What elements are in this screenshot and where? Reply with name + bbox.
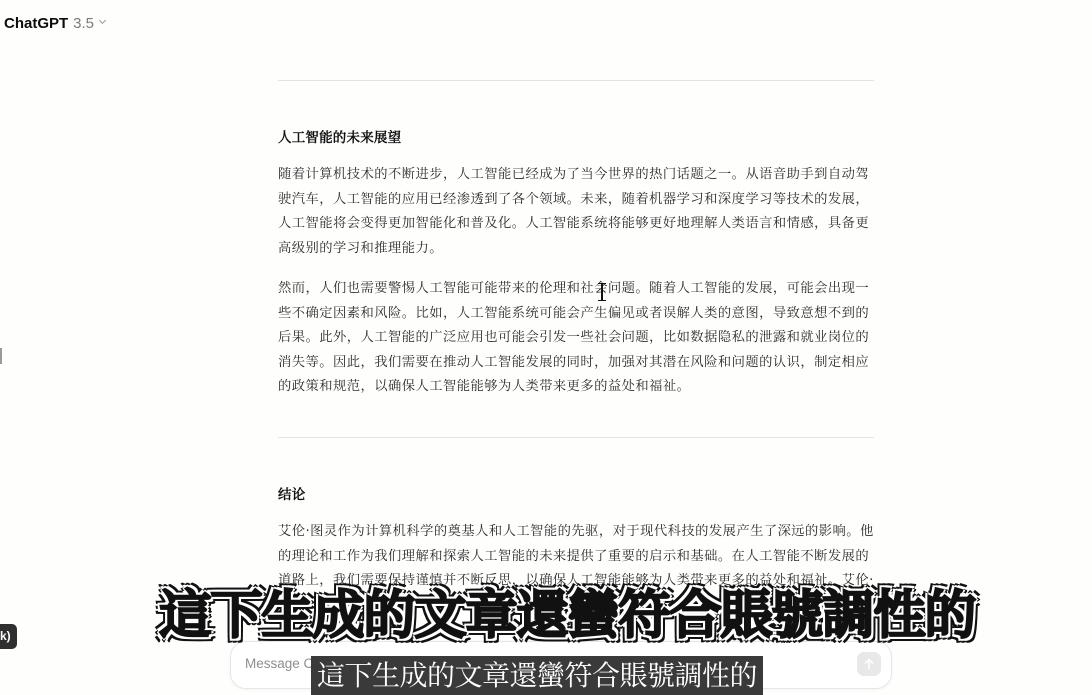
section-divider: [278, 80, 874, 81]
model-version: 3.5: [73, 15, 94, 32]
paragraph: 然而，人们也需要警惕人工智能可能带来的伦理和社会问题。随着人工智能的发展，可能会…: [278, 277, 874, 400]
top-bar: ChatGPT 3.5: [0, 0, 1092, 50]
model-selector[interactable]: ChatGPT 3.5: [4, 15, 107, 32]
section-heading: 结论: [278, 483, 305, 503]
video-subtitle-caption: 這下生成的文章還蠻符合賬號調性的: [311, 656, 763, 695]
chevron-down-icon: [99, 18, 107, 26]
section-heading: 人工智能的未来展望: [278, 126, 401, 146]
paragraph: 随着计算机技术的不断进步，人工智能已经成为了当今世界的热门话题之一。从语音助手到…: [278, 163, 874, 261]
model-name: ChatGPT: [4, 15, 68, 32]
arrow-up-icon: [863, 658, 875, 670]
sidebar-resize-handle[interactable]: [0, 348, 2, 364]
section-divider: [278, 437, 874, 438]
send-button[interactable]: [857, 652, 881, 676]
text-cursor-icon: [597, 283, 607, 301]
video-subtitle-large: 這下生成的文章還蠻符合賬號調性的: [0, 582, 1092, 650]
